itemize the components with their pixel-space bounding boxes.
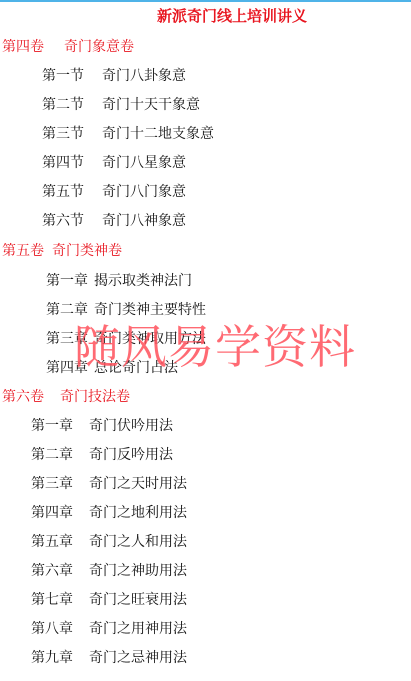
volume-4-heading: 第四卷奇门象意卷 — [2, 36, 134, 56]
toc-item: 第一章揭示取类神法门 — [46, 270, 192, 290]
volume-number: 第六卷 — [2, 389, 44, 405]
toc-item: 第八章奇门之用神用法 — [31, 618, 187, 638]
volume-number: 第四卷 — [2, 39, 44, 55]
toc-item: 第四章奇门之地利用法 — [31, 502, 187, 522]
document-title: 新派奇门线上培训讲义 — [157, 5, 307, 26]
volume-name: 奇门象意卷 — [64, 39, 134, 55]
toc-item: 第二节奇门十天干象意 — [42, 94, 200, 114]
toc-item: 第五节奇门八门象意 — [42, 181, 186, 201]
toc-item: 第四章总论奇门占法 — [46, 357, 178, 377]
volume-number: 第五卷 — [2, 243, 44, 259]
toc-item: 第四节奇门八星象意 — [42, 152, 186, 172]
toc-item: 第七章奇门之旺衰用法 — [31, 589, 187, 609]
toc-item: 第三章奇门类神取用方法 — [46, 328, 206, 348]
toc-item: 第九章奇门之忌神用法 — [31, 647, 187, 667]
toc-item: 第三节奇门十二地支象意 — [42, 123, 214, 143]
toc-item: 第六节奇门八神象意 — [42, 210, 186, 230]
volume-name: 奇门类神卷 — [52, 243, 122, 259]
toc-item: 第二章奇门类神主要特性 — [46, 299, 206, 319]
toc-item: 第六章奇门之神助用法 — [31, 560, 187, 580]
toc-item: 第一章奇门伏吟用法 — [31, 415, 173, 435]
toc-item: 第二章奇门反吟用法 — [31, 444, 173, 464]
volume-6-heading: 第六卷奇门技法卷 — [2, 386, 130, 406]
toc-item: 第一节奇门八卦象意 — [42, 65, 186, 85]
volume-name: 奇门技法卷 — [60, 389, 130, 405]
volume-5-heading: 第五卷奇门类神卷 — [2, 240, 122, 260]
top-border — [0, 0, 411, 2]
toc-item: 第三章奇门之天时用法 — [31, 473, 187, 493]
toc-item: 第五章奇门之人和用法 — [31, 531, 187, 551]
